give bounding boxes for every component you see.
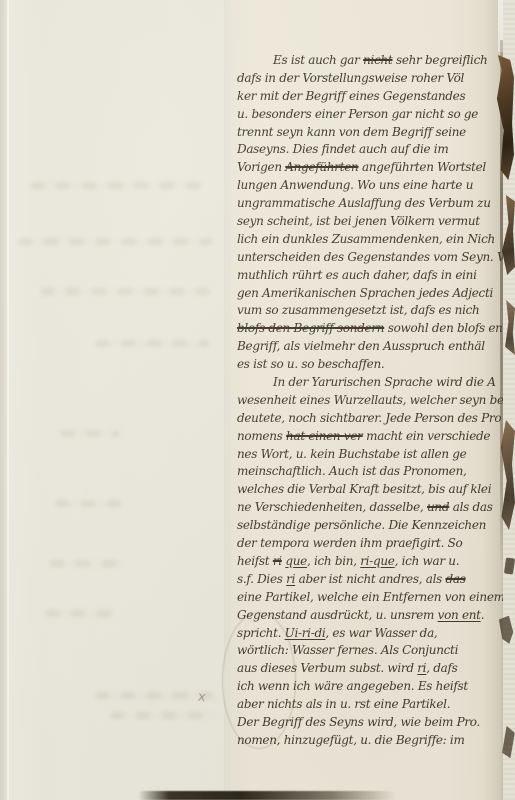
manuscript-line: es ist so u. so beschaffen. [237,356,503,374]
text-segment: s.f. Dies [237,572,286,586]
bleed-through-ghosting [40,288,210,295]
bottom-edge-shadow [138,791,396,800]
manuscript-line: nomen, hinzugefügt, u. die Begriffe: im [237,732,503,750]
manuscript-line: ker mit der Begriff eines Gegenstandes [237,88,503,106]
text-segment: , es war Wasser da, [325,626,437,640]
text-segment: muthlich rührt es auch daher, dafs in ei… [237,268,477,282]
text-segment: nes Wort, u. kein Buchstabe ist allen ge [237,447,466,461]
bleed-through-ghosting [110,712,215,719]
text-segment: gen Amerikanischen Sprachen jedes Adject… [237,286,493,300]
text-segment: u. besonders einer Person gar nicht so g… [237,107,478,121]
text-segment: welches die Verbal Kraft besitzt, bis au… [237,482,491,496]
manuscript-line: der tempora werden ihm praefigirt. So [237,535,503,553]
bleed-through-ghosting [18,238,213,245]
text-segment: wörtlich: Wasser fernes. Als Conjuncti [237,643,458,657]
underlined-text: ri [286,572,295,586]
manuscript-line: vum so zusammengesetzt ist, dafs es nich [237,302,503,320]
struck-text: nicht [363,53,392,67]
text-segment: aus dieses Verbum subst. wird [237,661,417,675]
manuscript-line: dafs in der Vorstellungsweise roher Völ [237,70,503,88]
text-segment: ker mit der Begriff eines Gegenstandes [237,89,465,103]
text-segment: , dafs [426,661,457,675]
text-segment: macht ein verschiede [363,429,491,443]
text-segment: ich wenn ich wäre angegeben. Es heifst [237,679,468,693]
manuscript-line: lungen Anwendung. Wo uns eine harte u [237,177,503,195]
manuscript-line: Gegenstand ausdrückt, u. unsrem von ent. [237,607,503,625]
text-segment: ne Verschiedenheiten, dasselbe, [237,500,427,514]
pencil-x-annotation: x [197,690,207,706]
manuscript-line: unterscheiden des Gegenstandes vom Seyn.… [237,249,503,267]
text-segment: , ich war u. [395,554,460,568]
text-segment: ungrammatische Auslaffung des Verbum zu [237,196,491,210]
manuscript-line: ne Verschiedenheiten, dasselbe, und als … [237,499,503,517]
text-segment: heifst [237,554,273,568]
text-segment: wesenheit eines Wurzellauts, welcher sey… [237,393,503,407]
text-segment: als das [449,500,492,514]
struck-text: Angeführten [285,160,358,174]
text-segment: In der Yarurischen Sprache wird die A [273,375,496,389]
manuscript-line: selbständige persönliche. Die Kennzeiche… [237,517,503,535]
text-segment: es ist so u. so beschaffen. [237,357,384,371]
text-segment: Begriff, als vielmehr den Ausspruch enth… [237,339,485,353]
text-segment: der tempora werden ihm praefigirt. So [237,536,462,550]
manuscript-line: s.f. Dies ri aber ist nicht andres, als … [237,571,503,589]
bleed-through-ghosting [50,560,125,567]
manuscript-line: wörtlich: Wasser fernes. Als Conjuncti [237,642,503,660]
bleed-through-ghosting [60,430,120,437]
manuscript-line: muthlich rührt es auch daher, dafs in ei… [237,267,503,285]
text-segment: nomens [237,429,286,443]
bleed-through-ghosting [95,340,210,347]
struck-text: und [427,500,449,514]
text-segment: sehr begreiflich [392,53,487,67]
text-block: Es ist auch gar nicht sehr begreiflichda… [237,52,503,752]
text-segment: dafs in der Vorstellungsweise roher Völ [237,71,464,85]
struck-text: ri [273,554,282,568]
text-segment: aber nichts als in u. rst eine Partikel. [237,697,450,711]
manuscript-line: ungrammatische Auslaffung des Verbum zu [237,195,503,213]
manuscript-line: ich wenn ich wäre angegeben. Es heifst [237,678,503,696]
manuscript-scan: Es ist auch gar nicht sehr begreiflichda… [0,0,515,800]
blank-facing-page [0,0,230,800]
text-segment: sowohl den blofs en [384,321,502,335]
underlined-text: ri-que [360,554,394,568]
struck-text: das [445,572,465,586]
text-segment: lungen Anwendung. Wo uns eine harte u [237,178,473,192]
manuscript-line: aber nichts als in u. rst eine Partikel. [237,696,503,714]
text-segment: nomen, hinzugefügt, u. die Begriffe: im [237,733,465,747]
text-segment: seyn scheint, ist bei jenen Völkern verm… [237,214,480,228]
text-segment: Der Begriff des Seyns wird, wie beim Pro… [237,715,480,729]
manuscript-line: deutete, noch sichtbarer. Jede Person de… [237,410,503,428]
text-segment: . [481,608,485,622]
struck-text: blofs den Begriff sondern [237,321,384,335]
underlined-text: que [285,554,307,568]
text-segment: spricht. [237,626,285,640]
text-segment: Daseyns. Dies findet auch auf die im [237,142,448,156]
manuscript-line: Vorigen Angeführten angeführten Wortstel [237,159,503,177]
bleed-through-ghosting [55,500,125,507]
text-segment: unterscheiden des Gegenstandes vom Seyn.… [237,250,503,264]
underlined-text: ri [417,661,426,675]
manuscript-line: lich ein dunkles Zusammendenken, ein Nic… [237,231,503,249]
text-segment: lich ein dunkles Zusammendenken, ein Nic… [237,232,495,246]
manuscript-line: eine Partikel, welche ein Entfernen von … [237,589,503,607]
text-segment: selbständige persönliche. Die Kennzeiche… [237,518,486,532]
manuscript-line: aus dieses Verbum subst. wird ri, dafs [237,660,503,678]
manuscript-line: In der Yarurischen Sprache wird die A [237,374,503,392]
manuscript-line: welches die Verbal Kraft besitzt, bis au… [237,481,503,499]
manuscript-line: Der Begriff des Seyns wird, wie beim Pro… [237,714,503,732]
text-segment: eine Partikel, welche ein Entfernen von … [237,590,503,604]
underlined-text: von ent [438,608,481,622]
text-segment: trennt seyn kann von dem Begriff seine [237,125,466,139]
underlined-text: Ui-ri-di [285,626,326,640]
text-segment: meinschaftlich. Auch ist das Pronomen, [237,464,467,478]
text-segment: Vorigen [237,160,285,174]
manuscript-line: heifst ri que, ich bin, ri-que, ich war … [237,553,503,571]
manuscript-line: u. besonders einer Person gar nicht so g… [237,106,503,124]
bleed-through-ghosting [45,610,115,617]
manuscript-line: meinschaftlich. Auch ist das Pronomen, [237,463,503,481]
manuscript-line: Daseyns. Dies findet auch auf die im [237,141,503,159]
text-segment: aber ist nicht andres, als [295,572,445,586]
manuscript-line: Begriff, als vielmehr den Ausspruch enth… [237,338,503,356]
manuscript-line: gen Amerikanischen Sprachen jedes Adject… [237,285,503,303]
text-segment: Es ist auch gar [273,53,363,67]
manuscript-line: nomens hat einen ver macht ein verschied… [237,428,503,446]
manuscript-line: seyn scheint, ist bei jenen Völkern verm… [237,213,503,231]
text-segment: deutete, noch sichtbarer. Jede Person de… [237,411,501,425]
text-segment: vum so zusammengesetzt ist, dafs es nich [237,303,479,317]
manuscript-line: wesenheit eines Wurzellauts, welcher sey… [237,392,503,410]
text-segment: , ich bin, [307,554,360,568]
text-segment: Gegenstand ausdrückt, u. unsrem [237,608,438,622]
manuscript-line: blofs den Begriff sondern sowohl den blo… [237,320,503,338]
bleed-through-ghosting [30,182,205,189]
text-segment: angeführten Wortstel [358,160,486,174]
manuscript-line: trennt seyn kann von dem Begriff seine [237,124,503,142]
left-page-crease [7,0,9,800]
struck-text: hat einen ver [286,429,363,443]
manuscript-line: Es ist auch gar nicht sehr begreiflich [237,52,503,70]
manuscript-line: nes Wort, u. kein Buchstabe ist allen ge [237,446,503,464]
manuscript-line: spricht. Ui-ri-di, es war Wasser da, [237,625,503,643]
